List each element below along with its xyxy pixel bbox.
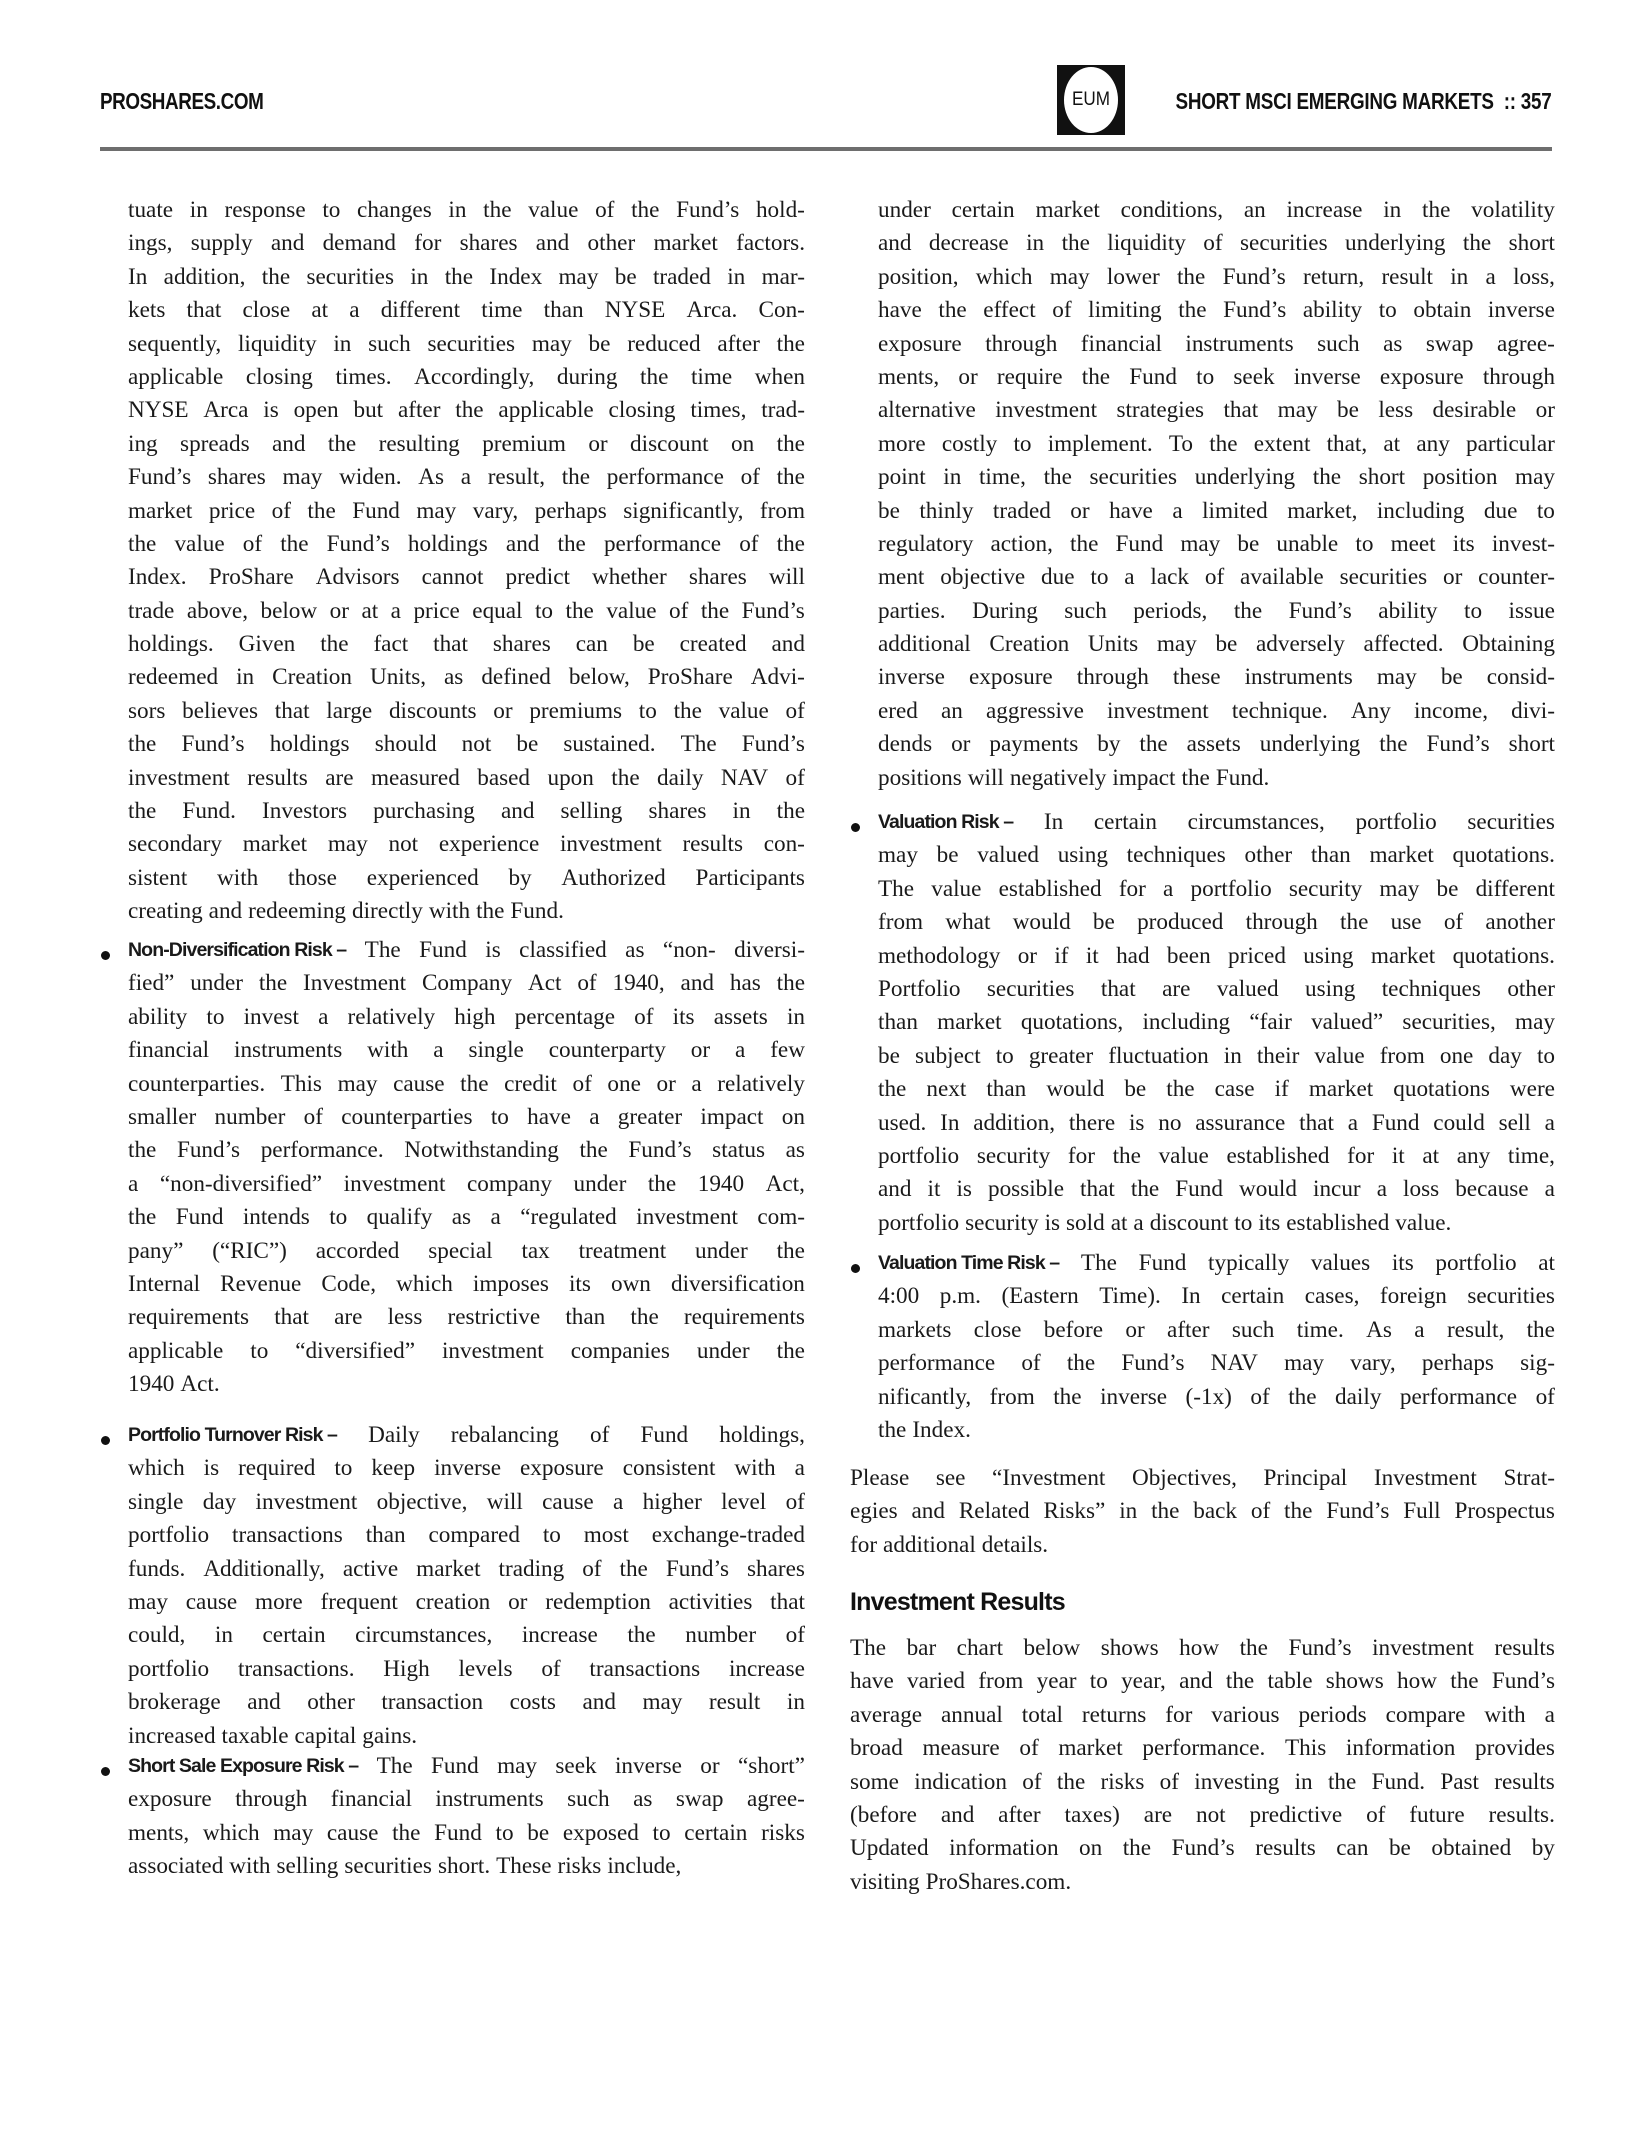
text-line: marketpriceoftheFundmayvary,perhapssigni… (128, 495, 805, 528)
text-line: egiesandRelatedRisks”inthebackoftheFund’… (850, 1495, 1555, 1528)
text-line: smallernumberofcounterpartiestohaveagrea… (128, 1101, 805, 1134)
text-line: marketsclosebeforeoraftersuchtime.Asares… (878, 1314, 1555, 1347)
text-line: UpdatedinformationontheFund’sresultscanb… (850, 1832, 1555, 1865)
text-line: portfoliosecurityissoldatadiscounttoitse… (878, 1207, 1555, 1240)
left-intro-paragraph: tuateinresponsetochangesinthevalueoftheF… (128, 194, 805, 929)
text-line: tuateinresponsetochangesinthevalueoftheF… (128, 194, 805, 227)
text-line: eredanaggressiveinvestmenttechnique.Anyi… (878, 695, 1555, 728)
text-line: theFundintendstoqualifyasa“regulatedinve… (128, 1201, 805, 1234)
bullet-lead-label: Non-Diversification Risk – (128, 934, 346, 967)
bullet-non-diversification-risk: Non-Diversification Risk –TheFundisclass… (128, 934, 805, 1401)
text-line: pointintime,thesecuritiesunderlyingthesh… (878, 461, 1555, 494)
text-line: sorsbelievesthatlargediscountsorpremiums… (128, 695, 805, 728)
text-line: averageannualtotalreturnsforvariousperio… (850, 1699, 1555, 1732)
text-line: anditispossiblethattheFundwouldincuralos… (878, 1173, 1555, 1206)
text-line: requirementsthatarelessrestrictivethanth… (128, 1301, 805, 1334)
bullet-short-sale-exposure-risk: Short Sale Exposure Risk –TheFundmayseek… (128, 1750, 805, 1884)
text-line: ingspreadsandtheresultingpremiumordiscou… (128, 428, 805, 461)
text-line: holdings.Giventhefactthatsharescanbecrea… (128, 628, 805, 661)
text-line: thanmarketquotations,including“fairvalue… (878, 1006, 1555, 1039)
text-line: abilitytoinvestarelativelyhighpercentage… (128, 1001, 805, 1034)
text-line: counterparties.Thismaycausethecreditofon… (128, 1068, 805, 1101)
text-line: havetheeffectoflimitingtheFund’sabilityt… (878, 294, 1555, 327)
bullet-lead-label: Valuation Risk – (878, 806, 1013, 839)
text-line: parties.Duringsuchperiods,theFund’sabili… (878, 595, 1555, 628)
text-line: pany”(“RIC”)accordedspecialtaxtreatmentu… (128, 1235, 805, 1268)
text-line: theFund.Investorspurchasingandsellingsha… (128, 795, 805, 828)
text-line: positionswillnegativelyimpacttheFund. (878, 762, 1555, 795)
text-line: increasedtaxablecapitalgains. (128, 1720, 805, 1753)
text-line: broadmeasureofmarketperformance.Thisinfo… (850, 1732, 1555, 1765)
bullet-icon (101, 1436, 110, 1445)
text-line: used.Inaddition,thereisnoassurancethataF… (878, 1107, 1555, 1140)
text-line: whichisrequiredtokeepinverseexposurecons… (128, 1452, 805, 1485)
text-line: applicableclosingtimes.Accordingly,durin… (128, 361, 805, 394)
ticker-label: EUM (1072, 89, 1110, 111)
text-line: theFund’sperformance.NotwithstandingtheF… (128, 1134, 805, 1167)
text-line: besubjecttogreaterfluctuationintheirvalu… (878, 1040, 1555, 1073)
header-rule (100, 147, 1552, 151)
text-line: a“non-diversified”investmentcompanyunder… (128, 1168, 805, 1201)
site-name: PROSHARES.COM (100, 88, 263, 115)
bullet-portfolio-turnover-risk: Portfolio Turnover Risk –Dailyrebalancin… (128, 1419, 805, 1753)
text-line: (beforeandaftertaxes)arenotpredictiveoff… (850, 1799, 1555, 1832)
text-line: regulatoryaction,theFundmaybeunabletomee… (878, 528, 1555, 561)
text-line: sequently,liquidityinsuchsecuritiesmaybe… (128, 328, 805, 361)
text-line: alternativeinvestmentstrategiesthatmaybe… (878, 394, 1555, 427)
bullet-first-line: Portfolio Turnover Risk –Dailyrebalancin… (128, 1419, 805, 1452)
text-line: Index.ProShareAdvisorscannotpredictwheth… (128, 561, 805, 594)
text-line: tradeabove,beloworatapriceequaltothevalu… (128, 595, 805, 628)
bullet-first-line: Non-Diversification Risk –TheFundisclass… (128, 934, 805, 967)
text-line: Thevalueestablishedforaportfoliosecurity… (878, 873, 1555, 906)
right-continuation-paragraph: undercertainmarketconditions,anincreasei… (878, 194, 1555, 795)
text-line: additionalCreationUnitsmaybeadverselyaff… (878, 628, 1555, 661)
bullet-icon (851, 1264, 860, 1273)
text-line: singledayinvestmentobjective,willcauseah… (128, 1486, 805, 1519)
bullet-lead-label: Portfolio Turnover Risk – (128, 1419, 337, 1452)
text-line: ThebarchartbelowshowshowtheFund’sinvestm… (850, 1632, 1555, 1665)
text-line: secondarymarketmaynotexperienceinvestmen… (128, 828, 805, 861)
fund-ticker-badge: EUM (1057, 65, 1125, 135)
text-line: exposurethroughfinancialinstrumentssucha… (878, 328, 1555, 361)
text-line: fromwhatwouldbeproducedthroughtheuseofan… (878, 906, 1555, 939)
bullet-lead-label: Valuation Time Risk – (878, 1247, 1059, 1280)
text-line: investmentresultsaremeasuredbaseduponthe… (128, 762, 805, 795)
text-line: visitingProShares.com. (850, 1866, 1555, 1899)
text-line: inverseexposurethroughtheseinstrumentsma… (878, 661, 1555, 694)
text-line: applicableto“diversified”investmentcompa… (128, 1335, 805, 1368)
text-line: 4:00p.m.(EasternTime).Incertaincases,for… (878, 1280, 1555, 1313)
fund-title: SHORT MSCI EMERGING MARKETS (1176, 88, 1494, 114)
text-line: Inaddition,thesecuritiesintheIndexmaybet… (128, 261, 805, 294)
text-line: brokerageandothertransactioncostsandmayr… (128, 1686, 805, 1719)
text-line: redeemedinCreationUnits,asdefinedbelow,P… (128, 661, 805, 694)
ticker-circle-icon: EUM (1064, 67, 1118, 133)
text-line: sistentwiththoseexperiencedbyAuthorizedP… (128, 862, 805, 895)
text-line: NYSEArcaisopenbutaftertheapplicableclosi… (128, 394, 805, 427)
text-line: foradditionaldetails. (850, 1529, 1555, 1562)
bullet-icon (101, 1767, 110, 1776)
bullet-first-line: Valuation Risk –Incertaincircumstances,p… (878, 806, 1555, 839)
bullet-lead-label: Short Sale Exposure Risk – (128, 1750, 358, 1783)
see-prospectus-paragraph: Pleasesee“InvestmentObjectives,Principal… (850, 1462, 1555, 1562)
header-separator: :: (1504, 88, 1516, 114)
page-number: 357 (1521, 88, 1552, 114)
text-line: thevalueoftheFund’sholdingsandtheperform… (128, 528, 805, 561)
bullet-icon (851, 823, 860, 832)
text-line: Fund’ssharesmaywiden.Asaresult,theperfor… (128, 461, 805, 494)
text-line: theFund’sholdingsshouldnotbesustained.Th… (128, 728, 805, 761)
bullet-first-line: Valuation Time Risk –TheFundtypicallyval… (878, 1247, 1555, 1280)
text-line: Portfoliosecuritiesthatarevaluedusingtec… (878, 973, 1555, 1006)
text-line: mentobjectiveduetoalackofavailablesecuri… (878, 561, 1555, 594)
text-line: morecostlytoimplement.Totheextentthat,at… (878, 428, 1555, 461)
text-line: dendsorpaymentsbytheassetsunderlyingtheF… (878, 728, 1555, 761)
text-line: InternalRevenueCode,whichimposesitsowndi… (128, 1268, 805, 1301)
bullet-first-line: Short Sale Exposure Risk –TheFundmayseek… (128, 1750, 805, 1783)
text-line: position,whichmaylowertheFund’sreturn,re… (878, 261, 1555, 294)
text-line: creatingandredeemingdirectlywiththeFund. (128, 895, 805, 928)
text-line: ings,supplyanddemandforsharesandothermar… (128, 227, 805, 260)
investment-results-paragraph: ThebarchartbelowshowshowtheFund’sinvestm… (850, 1632, 1555, 1899)
text-line: ketsthatcloseatadifferenttimethanNYSEArc… (128, 294, 805, 327)
text-line: ments,orrequiretheFundtoseekinverseexpos… (878, 361, 1555, 394)
text-line: funds.Additionally,activemarkettradingof… (128, 1553, 805, 1586)
text-line: financialinstrumentswithasinglecounterpa… (128, 1034, 805, 1067)
text-line: exposurethroughfinancialinstrumentssucha… (128, 1783, 805, 1816)
text-line: maycausemorefrequentcreationorredemption… (128, 1586, 805, 1619)
running-header: SHORT MSCI EMERGING MARKETS :: 357 (1176, 88, 1552, 115)
text-line: portfoliotransactionsthancomparedtomoste… (128, 1519, 805, 1552)
text-line: thenextthanwouldbethecaseifmarketquotati… (878, 1073, 1555, 1106)
text-line: maybevaluedusingtechniquesotherthanmarke… (878, 839, 1555, 872)
text-line: anddecreaseintheliquidityofsecuritiesund… (878, 227, 1555, 260)
text-line: portfoliotransactions.Highlevelsoftransa… (128, 1653, 805, 1686)
text-line: bethinlytradedorhavealimitedmarket,inclu… (878, 495, 1555, 528)
bullet-valuation-risk: Valuation Risk –Incertaincircumstances,p… (878, 806, 1555, 1240)
text-line: fied”undertheInvestmentCompanyActof1940,… (128, 967, 805, 1000)
bullet-icon (101, 951, 110, 960)
text-line: theIndex. (878, 1414, 1555, 1447)
text-line: portfoliosecurityforthevalueestablishedf… (878, 1140, 1555, 1173)
text-line: methodologyorifithadbeenpricedusingmarke… (878, 940, 1555, 973)
text-line: someindicationoftherisksofinvestinginthe… (850, 1766, 1555, 1799)
text-line: undercertainmarketconditions,anincreasei… (878, 194, 1555, 227)
text-line: ments,whichmaycausetheFundtobeexposedtoc… (128, 1817, 805, 1850)
bullet-valuation-time-risk: Valuation Time Risk –TheFundtypicallyval… (878, 1247, 1555, 1447)
text-line: nificantly,fromtheinverse(-1x)ofthedaily… (878, 1381, 1555, 1414)
text-line: Pleasesee“InvestmentObjectives,Principal… (850, 1462, 1555, 1495)
text-line: associatedwithsellingsecuritiesshort.The… (128, 1850, 805, 1883)
text-line: 1940Act. (128, 1368, 805, 1401)
text-line: havevariedfromyeartoyear,andthetableshow… (850, 1665, 1555, 1698)
investment-results-heading: Investment Results (850, 1588, 1065, 1617)
text-line: could,incertaincircumstances,increasethe… (128, 1619, 805, 1652)
text-line: performanceoftheFund’sNAVmayvary,perhaps… (878, 1347, 1555, 1380)
